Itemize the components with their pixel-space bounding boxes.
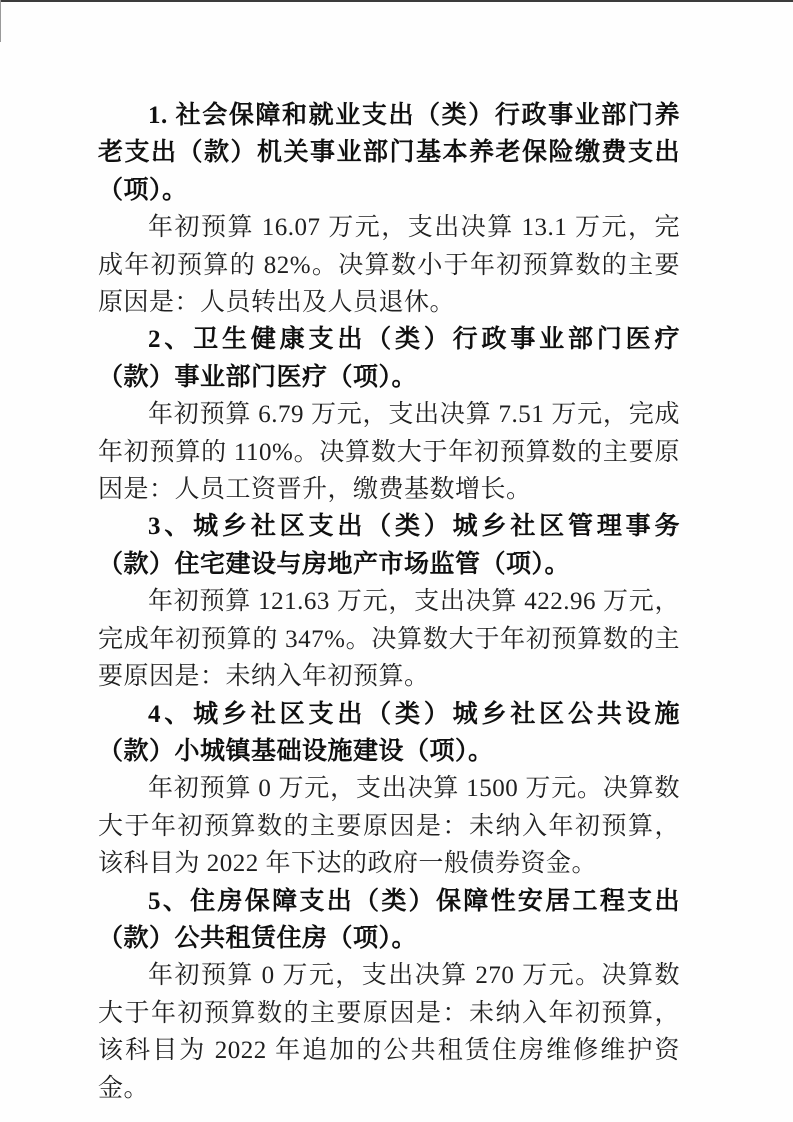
- section-5-body: 年初预算 0 万元，支出决算 270 万元。决算数大于年初预算数的主要原因是：未…: [98, 957, 680, 1107]
- budget-section-3: 3、城乡社区支出（类）城乡社区管理事务（款）住宅建设与房地产市场监管（项）。 年…: [98, 508, 680, 695]
- scanned-document-page: 1. 社会保障和就业支出（类）行政事业部门养老支出（款）机关事业部门基本养老保险…: [0, 0, 793, 1122]
- budget-section-2: 2、卫生健康支出（类）行政事业部门医疗（款）事业部门医疗（项）。 年初预算 6.…: [98, 321, 680, 508]
- section-1-body: 年初预算 16.07 万元，支出决算 13.1 万元，完成年初预算的 82%。决…: [98, 209, 680, 321]
- scan-edge-artifact-left: [0, 0, 1, 42]
- scan-edge-artifact-top: [0, 0, 793, 2]
- section-4-body: 年初预算 0 万元，支出决算 1500 万元。决算数大于年初预算数的主要原因是：…: [98, 770, 680, 882]
- budget-section-4: 4、城乡社区支出（类）城乡社区公共设施（款）小城镇基础设施建设（项）。 年初预算…: [98, 696, 680, 883]
- section-3-heading: 3、城乡社区支出（类）城乡社区管理事务（款）住宅建设与房地产市场监管（项）。: [98, 508, 680, 583]
- budget-section-1: 1. 社会保障和就业支出（类）行政事业部门养老支出（款）机关事业部门基本养老保险…: [98, 97, 680, 321]
- section-2-body: 年初预算 6.79 万元，支出决算 7.51 万元，完成年初预算的 110%。决…: [98, 396, 680, 508]
- section-2-heading: 2、卫生健康支出（类）行政事业部门医疗（款）事业部门医疗（项）。: [98, 321, 680, 396]
- section-4-heading: 4、城乡社区支出（类）城乡社区公共设施（款）小城镇基础设施建设（项）。: [98, 696, 680, 771]
- budget-section-5: 5、住房保障支出（类）保障性安居工程支出（款）公共租赁住房（项）。 年初预算 0…: [98, 883, 680, 1107]
- section-5-heading: 5、住房保障支出（类）保障性安居工程支出（款）公共租赁住房（项）。: [98, 883, 680, 958]
- section-1-heading: 1. 社会保障和就业支出（类）行政事业部门养老支出（款）机关事业部门基本养老保险…: [98, 97, 680, 209]
- section-3-body: 年初预算 121.63 万元，支出决算 422.96 万元，完成年初预算的 34…: [98, 583, 680, 695]
- page-content: 1. 社会保障和就业支出（类）行政事业部门养老支出（款）机关事业部门基本养老保险…: [98, 97, 680, 1107]
